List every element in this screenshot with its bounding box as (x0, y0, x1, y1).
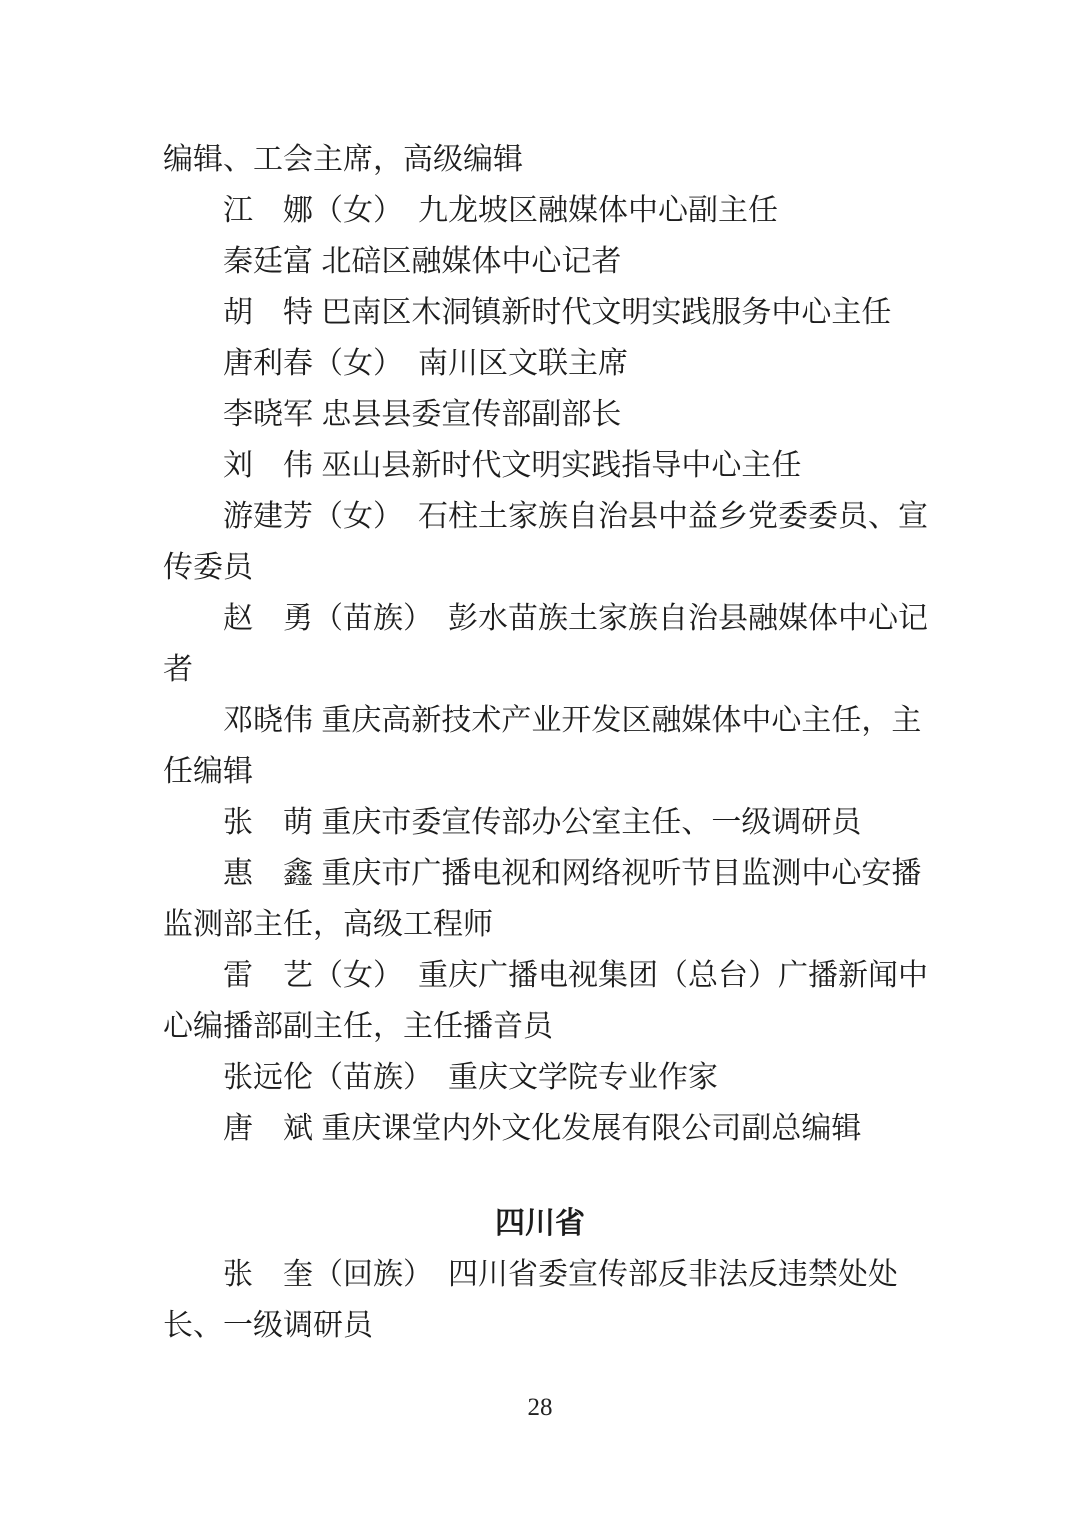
text-line: 游建芳（女） 石柱土家族自治县中益乡党委委员、宣 (163, 491, 917, 542)
text-line: 雷 艺（女） 重庆广播电视集团（总台）广播新闻中 (163, 950, 917, 1001)
blank-line (163, 1154, 917, 1198)
text-line: 唐利春（女） 南川区文联主席 (163, 338, 917, 389)
text-line: 者 (163, 644, 917, 695)
text-line: 唐 斌 重庆课堂内外文化发展有限公司副总编辑 (163, 1103, 917, 1154)
text-line: 江 娜（女） 九龙坡区融媒体中心副主任 (163, 185, 917, 236)
text-line: 秦廷富 北碚区融媒体中心记者 (163, 236, 917, 287)
text-line: 胡 特 巴南区木洞镇新时代文明实践服务中心主任 (163, 287, 917, 338)
text-line: 心编播部副主任，主任播音员 (163, 1001, 917, 1052)
text-line: 张远伦（苗族） 重庆文学院专业作家 (163, 1052, 917, 1103)
text-line: 赵 勇（苗族） 彭水苗族土家族自治县融媒体中心记 (163, 593, 917, 644)
text-line: 李晓军 忠县县委宣传部副部长 (163, 389, 917, 440)
text-line: 监测部主任，高级工程师 (163, 899, 917, 950)
text-line: 任编辑 (163, 746, 917, 797)
text-line: 长、一级调研员 (163, 1300, 917, 1351)
text-line: 刘 伟 巫山县新时代文明实践指导中心主任 (163, 440, 917, 491)
document-page: 编辑、工会主席，高级编辑 江 娜（女） 九龙坡区融媒体中心副主任 秦廷富 北碚区… (0, 0, 1080, 1526)
text-line: 张 奎（回族） 四川省委宣传部反非法反违禁处处 (163, 1249, 917, 1300)
section-heading: 四川省 (163, 1198, 917, 1249)
page-number: 28 (0, 1394, 1080, 1422)
document-body: 编辑、工会主席，高级编辑 江 娜（女） 九龙坡区融媒体中心副主任 秦廷富 北碚区… (163, 134, 917, 1351)
text-line: 邓晓伟 重庆高新技术产业开发区融媒体中心主任，主 (163, 695, 917, 746)
text-line: 编辑、工会主席，高级编辑 (163, 134, 917, 185)
text-line: 惠 鑫 重庆市广播电视和网络视听节目监测中心安播 (163, 848, 917, 899)
text-line: 传委员 (163, 542, 917, 593)
text-line: 张 萌 重庆市委宣传部办公室主任、一级调研员 (163, 797, 917, 848)
